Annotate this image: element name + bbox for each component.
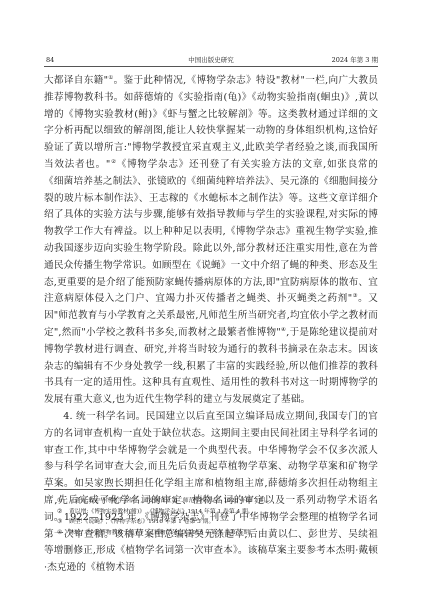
footnote-rule [44,489,130,490]
footnote-ref[interactable]: ③ [352,293,358,299]
running-header: 84 中国出版史研究 2024 年第 3 期 [44,55,378,66]
paragraph: 大都译自东籍"①。鉴于此种情况,《博物学杂志》特设"教材"一栏,向广大教员推荐博… [44,73,378,409]
footnotes: ①《通讯:致中华博物学会信》,《安徽省立第二师范学校杂志》1920 年第 7 期… [57,496,378,538]
footnote-number: ③ [57,517,69,528]
footnote-number: ① [57,496,69,507]
footnote-ref[interactable]: ④ [281,327,286,333]
footnote-number: ② [57,507,69,518]
footnote-text: 陈纶:《小学博物教材一览表》,《博物学杂志》1916 年第 1 卷第 3 期。 [69,530,255,536]
issue-label: 2024 年第 3 期 [332,55,378,66]
footnote-item: ②黄以增:《博物实验教材(鲋)》,《博物学杂志》1914 年第 1 卷第 4 期… [57,507,378,518]
footnote-ref[interactable]: ② [111,159,117,165]
footnote-text: 顾型:《说蝇》,《博物学杂志》1916 年第 1 卷第 3 期。 [69,519,214,525]
footnote-item: ③顾型:《说蝇》,《博物学杂志》1916 年第 1 卷第 3 期。 [57,517,378,528]
footnote-item: ④陈纶:《小学博物教材一览表》,《博物学杂志》1916 年第 1 卷第 3 期。 [57,528,378,539]
paragraph: 4. 统一科学名词。民国建立以后直至国立编译局成立期间,我国专门的官方的名词审查… [44,409,378,577]
footnote-number: ④ [57,528,69,539]
header-rule [44,66,378,67]
footnote-ref[interactable]: ① [108,75,113,81]
footnote-text: 黄以增:《博物实验教材(鲋)》,《博物学杂志》1914 年第 1 卷第 4 期。 [69,509,254,515]
journal-title: 中国出版史研究 [44,55,378,66]
footnote-text: 《通讯:致中华博物学会信》,《安徽省立第二师范学校杂志》1920 年第 7 期。 [69,498,271,504]
footnote-item: ①《通讯:致中华博物学会信》,《安徽省立第二师范学校杂志》1920 年第 7 期… [57,496,378,507]
